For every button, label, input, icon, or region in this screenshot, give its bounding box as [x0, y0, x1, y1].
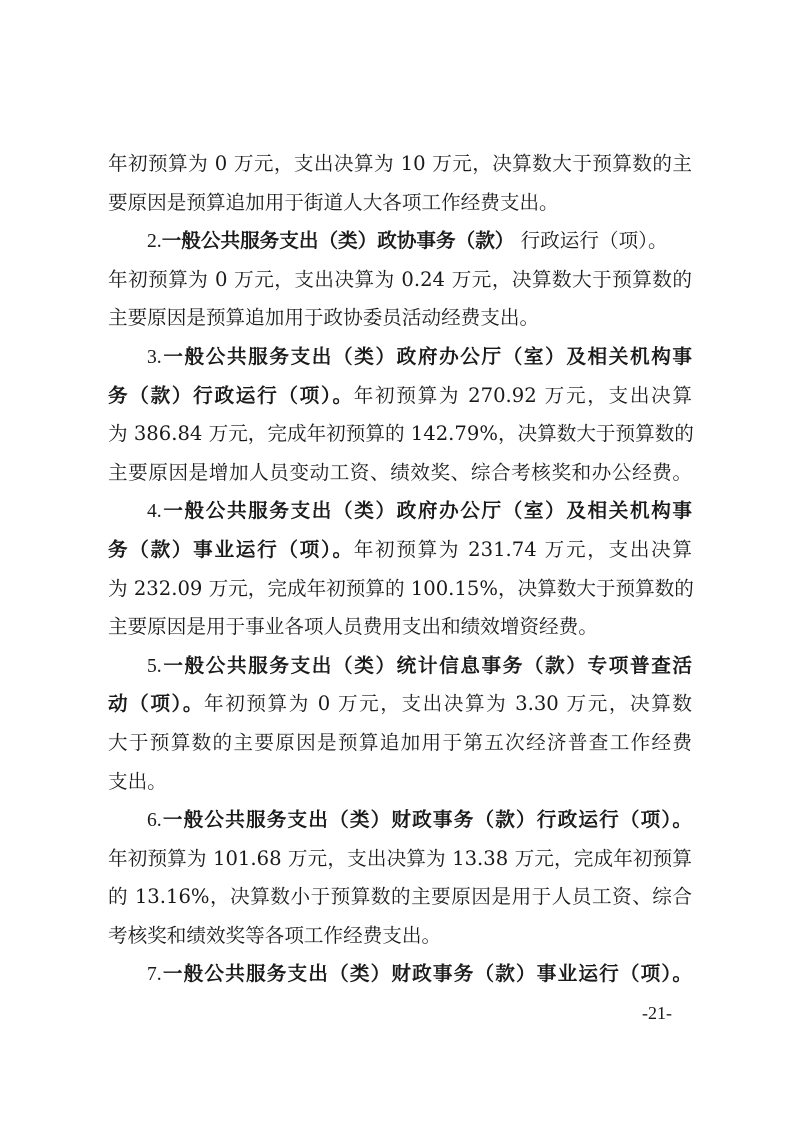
section-number: 4.: [147, 501, 162, 522]
section-heading-3: 3.一般公共服务支出（类）政府办公厅（室）及相关机构事: [108, 338, 692, 377]
paragraph-line: 考核奖和绩效奖等各项工作经费支出。: [108, 917, 692, 956]
section-heading-text: 务（款）行政运行（项）。: [108, 384, 354, 407]
paragraph-line: 为 232.09 万元，完成年初预算的 100.15%，决算数大于预算数的: [108, 570, 692, 609]
section-heading-text: 一般公共服务支出（类）政协事务（款）: [162, 229, 515, 252]
section-heading-text: 一般公共服务支出（类）财政事务（款）行政运行（项）。: [162, 808, 692, 831]
paragraph-line: 支出。: [108, 763, 692, 802]
paragraph-line: 大于预算数的主要原因是预算追加用于第五次经济普查工作经费: [108, 724, 692, 763]
section-heading-text: 一般公共服务支出（类）政府办公厅（室）及相关机构事: [162, 345, 692, 368]
section-number: 3.: [147, 347, 162, 368]
paragraph-line: 主要原因是增加人员变动工资、绩效奖、综合考核奖和办公经费。: [108, 454, 692, 493]
section-heading-5: 5.一般公共服务支出（类）统计信息事务（款）专项普查活: [108, 647, 692, 686]
paragraph-text: 年初预算为 0 万元，支出决算为 3.30 万元，决算数: [204, 692, 692, 715]
paragraph-text: 年初预算为 270.92 万元，支出决算: [354, 384, 692, 407]
paragraph-line: 主要原因是用于事业各项人员费用支出和绩效增资经费。: [108, 608, 692, 647]
paragraph-line: 年初预算为 101.68 万元，支出决算为 13.38 万元，完成年初预算: [108, 840, 692, 879]
document-page: 年初预算为 0 万元，支出决算为 10 万元，决算数大于预算数的主 要原因是预算…: [108, 145, 692, 994]
section-heading-text: 一般公共服务支出（类）统计信息事务（款）专项普查活: [162, 654, 692, 677]
section-heading-text: 一般公共服务支出（类）财政事务（款）事业运行（项）。: [162, 962, 692, 985]
section-heading-4: 4.一般公共服务支出（类）政府办公厅（室）及相关机构事: [108, 492, 692, 531]
paragraph-line: 为 386.84 万元，完成年初预算的 142.79%，决算数大于预算数的: [108, 415, 692, 454]
section-number: 7.: [147, 964, 162, 985]
section-number: 5.: [147, 656, 162, 677]
section-number: 6.: [147, 810, 162, 831]
section-heading-2: 2.一般公共服务支出（类）政协事务（款） 行政运行（项）。: [108, 222, 692, 261]
page-number: -21-: [642, 1003, 672, 1024]
paragraph-line: 主要原因是预算追加用于政协委员活动经费支出。: [108, 299, 692, 338]
paragraph-line: 务（款）行政运行（项）。年初预算为 270.92 万元，支出决算: [108, 377, 692, 416]
section-heading-text: 动（项）。: [108, 692, 204, 715]
section-heading-7: 7.一般公共服务支出（类）财政事务（款）事业运行（项）。: [108, 955, 692, 994]
paragraph-line: 要原因是预算追加用于街道人大各项工作经费支出。: [108, 184, 692, 223]
paragraph-line: 的 13.16%，决算数小于预算数的主要原因是用于人员工资、综合: [108, 878, 692, 917]
paragraph-line: 年初预算为 0 万元，支出决算为 0.24 万元，决算数大于预算数的: [108, 261, 692, 300]
section-heading-tail: 行政运行（项）。: [514, 229, 667, 252]
paragraph-line: 动（项）。年初预算为 0 万元，支出决算为 3.30 万元，决算数: [108, 685, 692, 724]
section-heading-text: 一般公共服务支出（类）政府办公厅（室）及相关机构事: [162, 499, 692, 522]
paragraph-text: 年初预算为 231.74 万元，支出决算: [354, 538, 692, 561]
section-heading-6: 6.一般公共服务支出（类）财政事务（款）行政运行（项）。: [108, 801, 692, 840]
paragraph-line: 年初预算为 0 万元，支出决算为 10 万元，决算数大于预算数的主: [108, 145, 692, 184]
section-heading-text: 务（款）事业运行（项）。: [108, 538, 354, 561]
section-number: 2.: [147, 231, 162, 252]
paragraph-line: 务（款）事业运行（项）。年初预算为 231.74 万元，支出决算: [108, 531, 692, 570]
